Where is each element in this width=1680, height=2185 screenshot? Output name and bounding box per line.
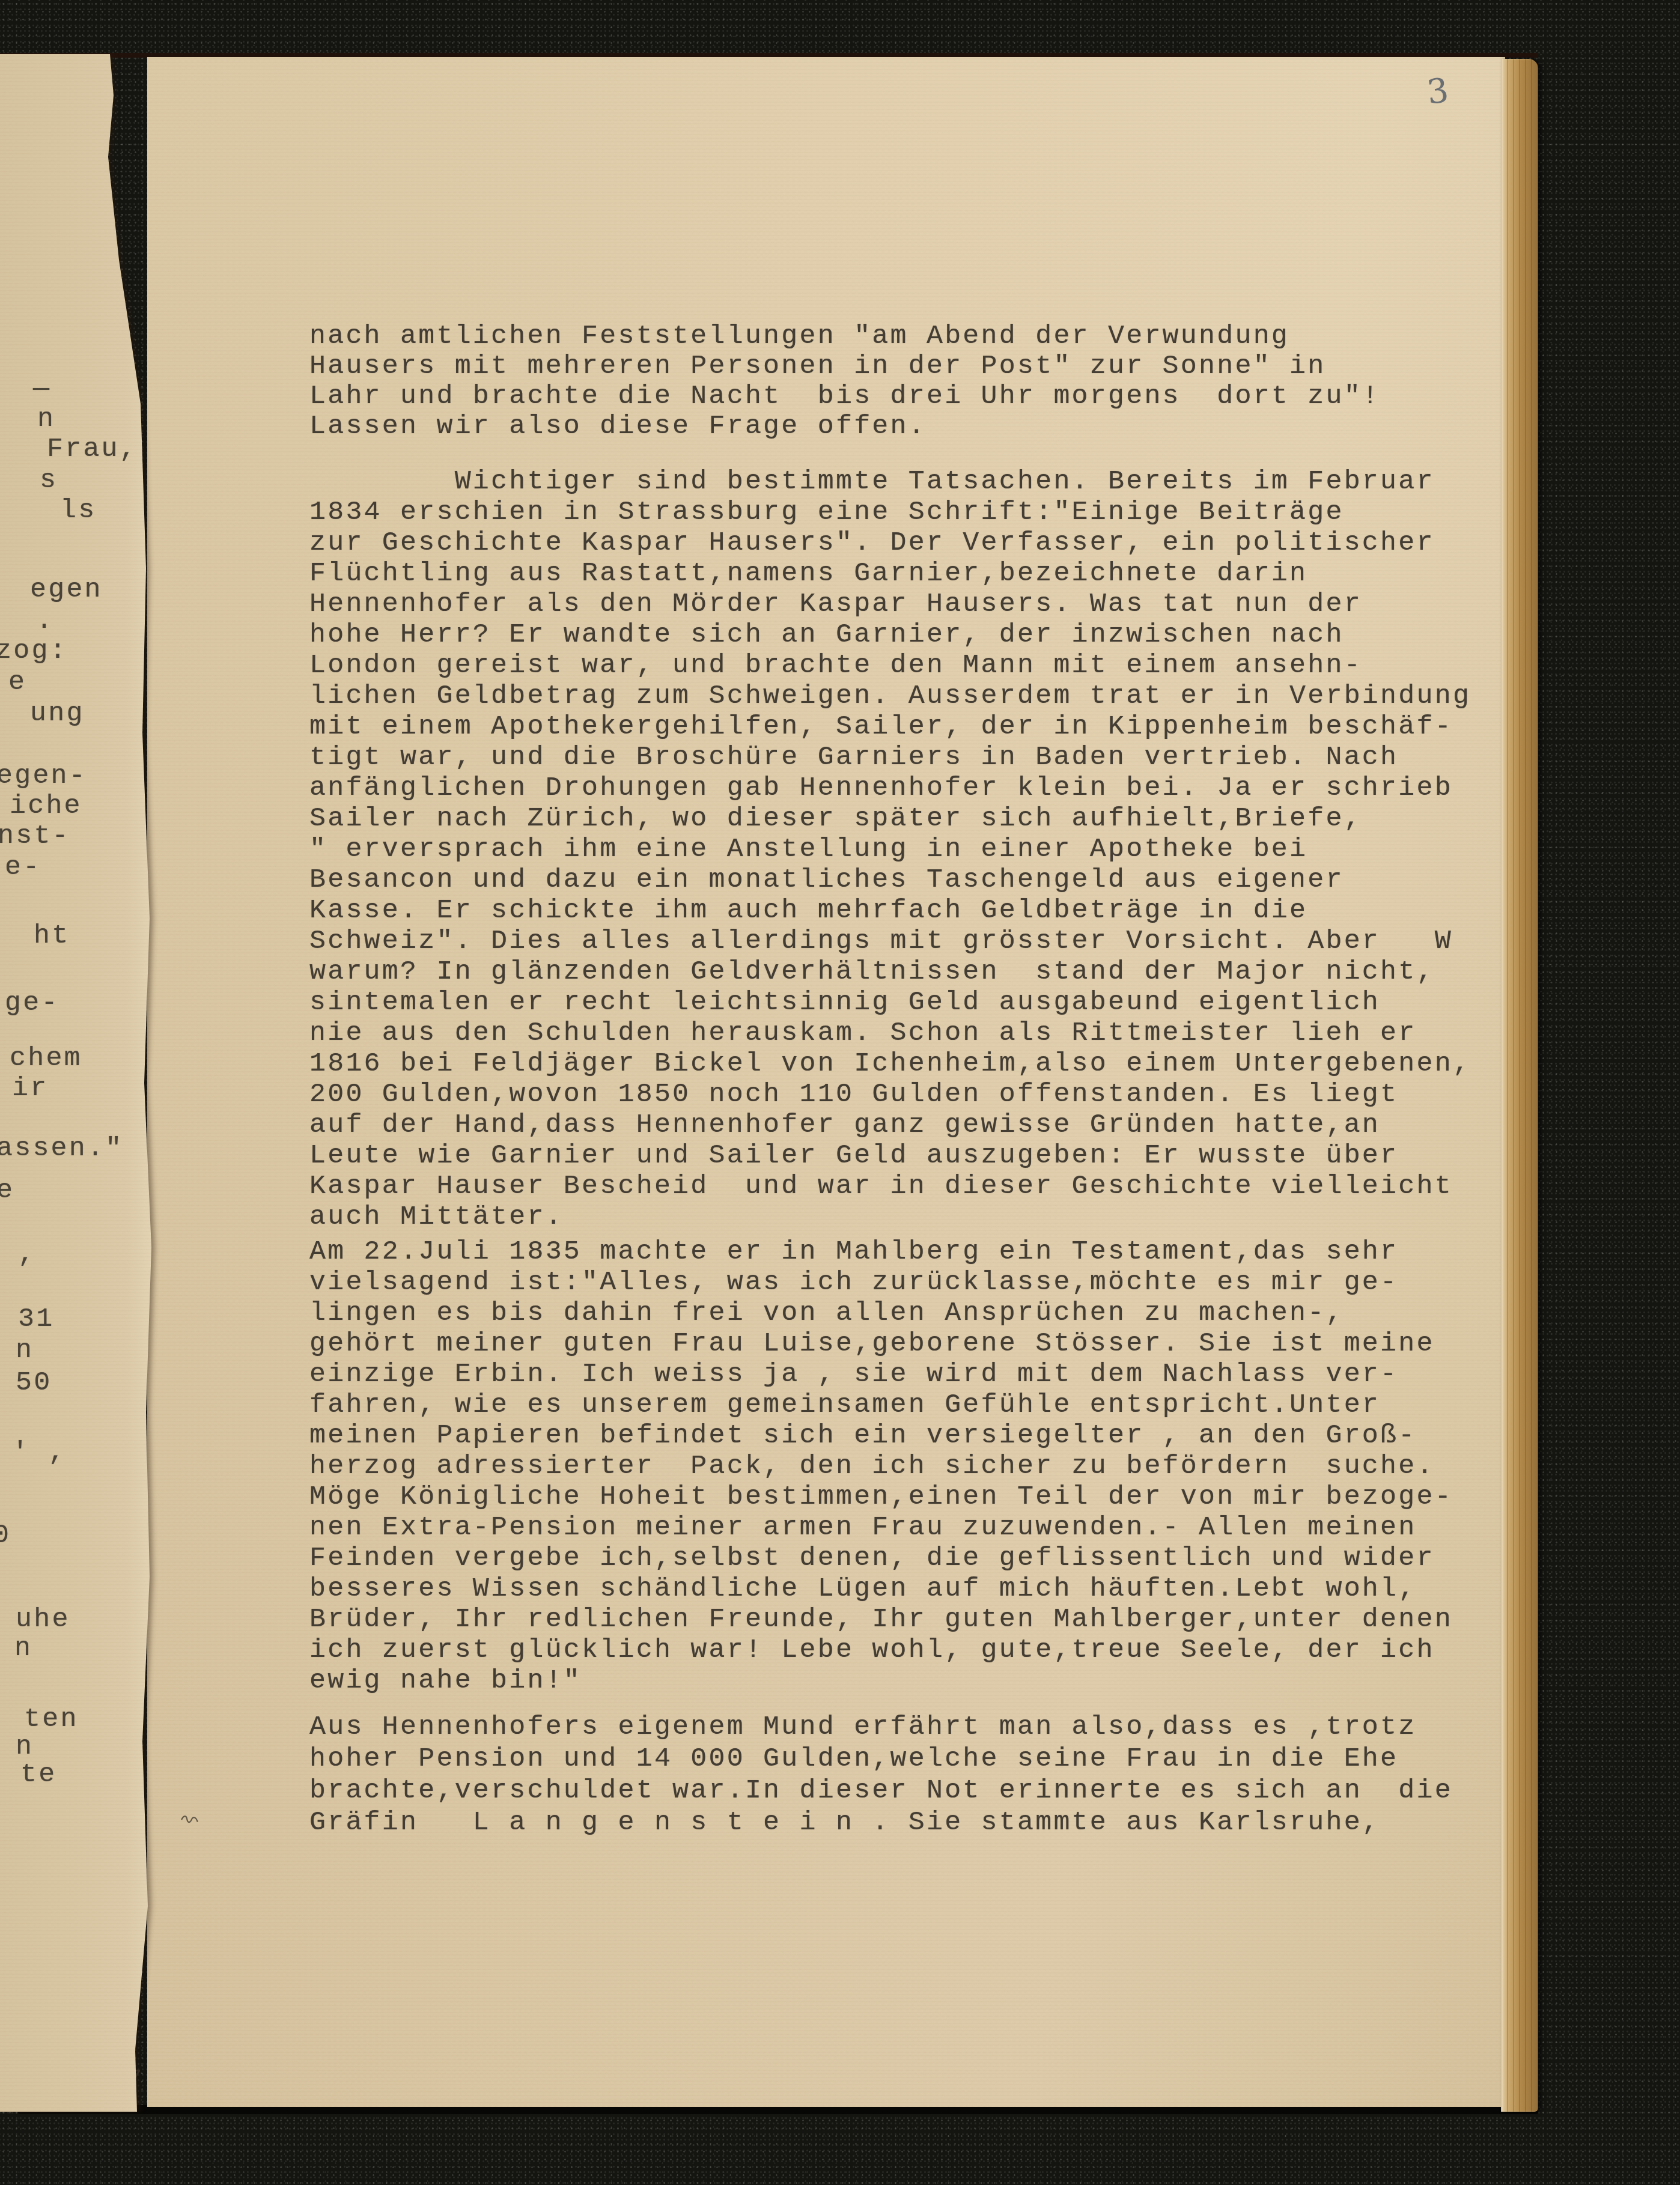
page-stack-edge [1501, 59, 1538, 2112]
previous-page-fragment: 50 [16, 1367, 52, 1398]
previous-page-fragment: chem [10, 1043, 82, 1074]
previous-page-fragment: te [20, 1759, 56, 1790]
handwritten-page-number: 3 [1425, 71, 1450, 112]
previous-page-fragment: egen [30, 574, 103, 605]
previous-page-fragment: s [40, 465, 58, 496]
previous-page-fragment: e [8, 667, 26, 697]
previous-page-fragment: e [0, 1175, 14, 1206]
paragraph-3: Am 22.Juli 1835 machte er in Mahlberg ei… [309, 1236, 1453, 1696]
previous-page-fragment: n [14, 1633, 32, 1664]
previous-page-fragment: ung [30, 698, 85, 729]
document-page: 3 nach amtlichen Feststellungen "am Aben… [147, 57, 1505, 2107]
previous-page-strip-wrap: — n Frau, s ls egen . zog: e ung egen- i… [0, 54, 180, 2112]
previous-page-fragment: ge- [5, 988, 59, 1018]
ink-mark [179, 1812, 200, 1829]
previous-page-fragment: zog: [0, 636, 68, 666]
paragraph-1: nach amtlichen Feststellungen "am Abend … [309, 321, 1380, 442]
previous-page-strip: — n Frau, s ls egen . zog: e ung egen- i… [0, 54, 180, 2112]
previous-page-fragment: ir [12, 1073, 48, 1104]
paragraph-2: Wichtiger sind bestimmte Tatsachen. Bere… [309, 466, 1471, 1232]
previous-page-fragment: iche [10, 791, 82, 821]
previous-page-fragment: n [16, 1731, 34, 1762]
previous-page-fragment: — [33, 374, 51, 404]
previous-page-fragment: nst- [0, 821, 70, 851]
previous-page-fragment: 0 [0, 1520, 11, 1551]
previous-page-fragment: ht [34, 920, 70, 951]
previous-page-fragment: ten [24, 1704, 79, 1734]
previous-page-fragment: ls [60, 495, 96, 526]
previous-page-fragment: ' , [12, 1437, 67, 1468]
previous-page-fragment: assen." [0, 1133, 123, 1164]
previous-page-fragment: , [18, 1239, 36, 1269]
previous-page-fragment: e- [5, 852, 41, 883]
previous-page-fragment: Frau, [47, 434, 138, 464]
paragraph-4: Aus Hennenhofers eigenem Mund erfährt ma… [309, 1711, 1453, 1838]
previous-page-fragment: 31 [18, 1304, 54, 1334]
previous-page-fragment: n [37, 404, 55, 434]
previous-page-fragment: n [16, 1335, 34, 1366]
previous-page-fragment: egen- [0, 761, 87, 791]
previous-page-fragment: . [36, 606, 54, 636]
archival-scan: { "scan": { "background_color": "#141511… [0, 0, 1680, 2185]
previous-page-fragment: uhe [16, 1604, 70, 1635]
